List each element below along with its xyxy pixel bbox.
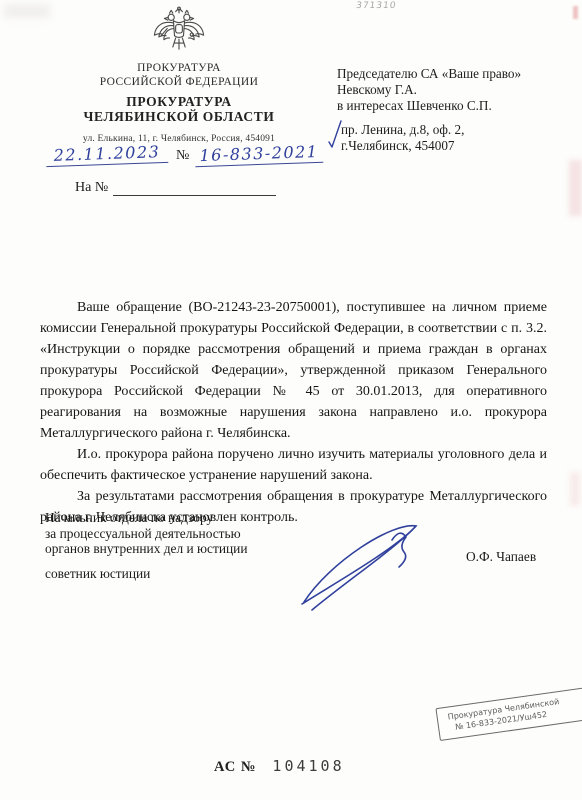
incoming-reference-blank bbox=[113, 180, 276, 196]
incoming-reference-label: На № bbox=[75, 180, 108, 196]
outgoing-reference-line: 22.11.2023 № 16-833-2021 bbox=[46, 144, 323, 165]
org-name-regional-line1: ПРОКУРАТУРА bbox=[40, 94, 318, 109]
handwritten-date: 22.11.2023 bbox=[46, 142, 169, 167]
signer-title-line3: органов внутренних дел и юстиции bbox=[45, 541, 248, 557]
signer-name: О.Ф. Чапаев bbox=[466, 549, 536, 565]
form-number-label: АС № bbox=[214, 759, 256, 776]
recipient-address-line2: г.Челябинск, 454007 bbox=[341, 138, 464, 154]
scan-artifact-pink bbox=[570, 472, 580, 506]
org-name-federal-line1: ПРОКУРАТУРА bbox=[40, 62, 318, 76]
letter-body: Ваше обращение (ВО-21243-23-20750001), п… bbox=[40, 297, 547, 528]
signer-title-block: Начальник отдела по надзору за процессуа… bbox=[45, 510, 248, 557]
scan-artifact-red bbox=[573, 6, 578, 19]
signer-rank: советник юстиции bbox=[45, 566, 150, 582]
ink-signature-icon bbox=[296, 514, 436, 614]
body-paragraph-1: Ваше обращение (ВО-21243-23-20750001), п… bbox=[40, 297, 547, 444]
form-number-value: 104108 bbox=[272, 757, 344, 775]
form-number-line: АС № 104108 bbox=[214, 757, 345, 776]
recipient-line1: Председателю СА «Ваше право» bbox=[337, 66, 521, 82]
coat-of-arms-double-headed-eagle-icon bbox=[151, 6, 207, 60]
recipient-block: Председателю СА «Ваше право» Невскому Г.… bbox=[337, 66, 521, 114]
org-name-regional-line2: ЧЕЛЯБИНСКОЙ ОБЛАСТИ bbox=[40, 109, 318, 124]
scan-artifact-pink bbox=[569, 160, 582, 216]
signer-title-line1: Начальник отдела по надзору bbox=[45, 510, 248, 526]
scanned-letter-page: 371310 bbox=[0, 0, 582, 800]
recipient-line3: в интересах Шевченко С.П. bbox=[337, 98, 521, 114]
body-paragraph-2: И.о. прокурора района поручено лично изу… bbox=[40, 444, 547, 486]
letterhead: ПРОКУРАТУРА РОССИЙСКОЙ ФЕДЕРАЦИИ ПРОКУРА… bbox=[40, 6, 318, 144]
recipient-address-line1: пр. Ленина, д.8, оф. 2, bbox=[341, 122, 464, 138]
org-name-federal-line2: РОССИЙСКОЙ ФЕДЕРАЦИИ bbox=[40, 76, 318, 90]
number-sign: № bbox=[176, 148, 189, 164]
handwritten-outgoing-number: 16-833-2021 bbox=[195, 142, 324, 167]
incoming-reference-line: На № bbox=[75, 180, 276, 196]
recipient-line2: Невскому Г.А. bbox=[337, 82, 521, 98]
faint-form-number: 371310 bbox=[355, 1, 397, 11]
recipient-address-block: пр. Ленина, д.8, оф. 2, г.Челябинск, 454… bbox=[341, 122, 464, 154]
registration-stamp: Прокуратура Челябинской № 16-833-2021/Уш… bbox=[435, 682, 582, 741]
signer-title-line2: за процессуальной деятельностью bbox=[45, 526, 248, 542]
